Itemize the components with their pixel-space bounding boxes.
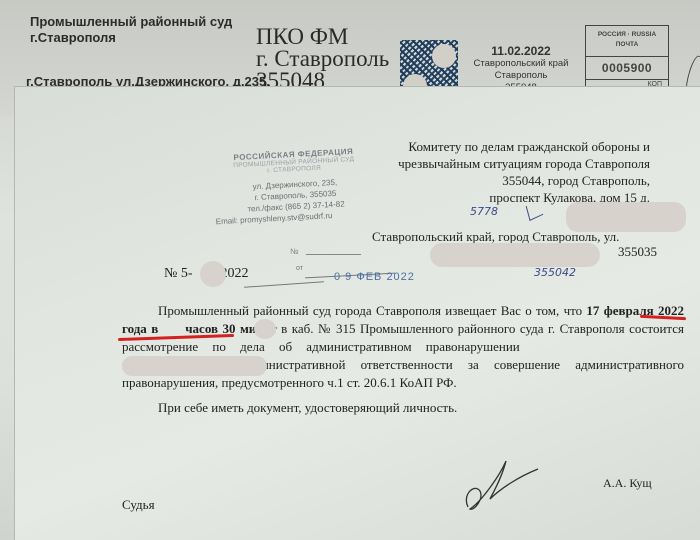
judge-name: А.А. Кущ bbox=[603, 476, 652, 491]
notice-text: в bbox=[147, 321, 163, 336]
doc-number-prefix: № 5- bbox=[164, 266, 193, 281]
recipient-line: Комитету по делам гражданской обороны и bbox=[350, 138, 650, 155]
sender-name: Промышленный районный суд г.Ставрополя bbox=[30, 14, 250, 46]
redaction-mark bbox=[254, 319, 276, 339]
recipient-block: Комитету по делам гражданской обороны и … bbox=[350, 138, 650, 206]
redaction-mark bbox=[566, 202, 686, 232]
post-office-name: ПКО ФМ bbox=[256, 26, 389, 48]
handwritten-note: 5778 bbox=[470, 205, 498, 218]
redaction-mark bbox=[430, 243, 600, 267]
notice-paragraph: Промышленный районный суд города Ставроп… bbox=[122, 302, 684, 392]
notice-text: Промышленный районный суд города Ставроп… bbox=[158, 303, 586, 318]
stamp-number-label: № bbox=[290, 247, 299, 256]
recipient-line: 355044, город Ставрополь, bbox=[350, 172, 650, 189]
post-office-block: ПКО ФМ г. Ставрополь 355048 bbox=[256, 26, 389, 92]
redaction-mark bbox=[432, 44, 456, 68]
postage-amount: 0005900 bbox=[586, 57, 668, 80]
judge-title: Судья bbox=[122, 497, 155, 513]
received-date-stamp: 0 9 ФЕВ 2022 bbox=[334, 271, 415, 283]
from-label: от bbox=[296, 265, 303, 272]
redaction-mark bbox=[122, 356, 267, 376]
postmark-region: Ставропольский край bbox=[466, 58, 576, 70]
id-requirement: При себе иметь документ, удостоверяющий … bbox=[158, 399, 558, 417]
postage-service: ПОЧТА bbox=[586, 40, 668, 50]
redaction-mark bbox=[200, 261, 226, 287]
postmark-date: 11.02.2022 bbox=[466, 44, 576, 58]
postmark-city: Ставрополь bbox=[466, 70, 576, 82]
handwritten-note: 355042 bbox=[534, 266, 576, 279]
postage-header: РОССИЯ · RUSSIA ПОЧТА bbox=[586, 26, 668, 57]
second-zip: 355035 bbox=[618, 244, 657, 260]
stamp-number-line bbox=[306, 254, 361, 255]
signature-icon bbox=[460, 455, 540, 515]
recipient-line: чрезвычайным ситуациям города Ставрополя bbox=[350, 155, 650, 172]
postage-country: РОССИЯ · RUSSIA bbox=[586, 30, 668, 40]
post-office-city: г. Ставрополь bbox=[256, 48, 389, 70]
